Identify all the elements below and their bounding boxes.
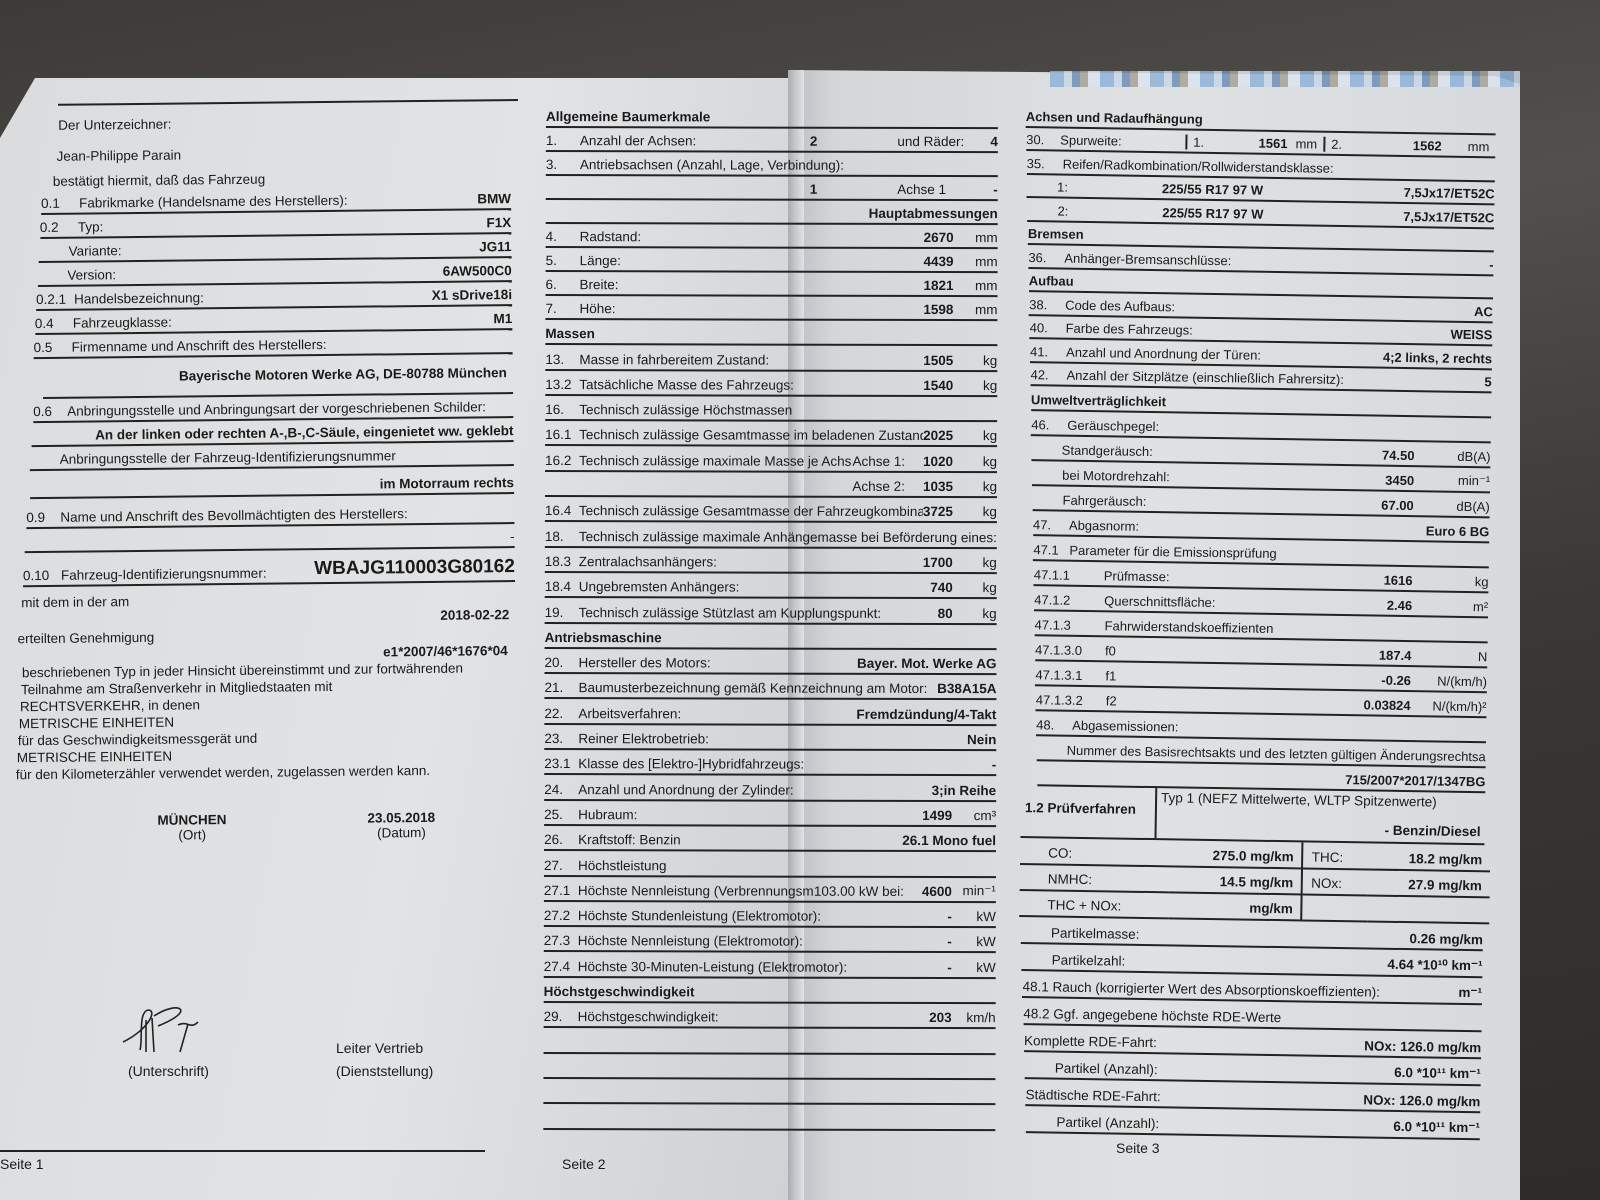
spec-label: Anhänger-Bremsanschlüsse: — [1064, 250, 1489, 272]
spec-label: Anzahl der Sitzplätze (einschließlich Fa… — [1066, 368, 1484, 390]
spec-unit: kg — [959, 504, 997, 519]
spec-value: 80 — [938, 606, 953, 621]
spec-unit: dB(A) — [1420, 498, 1490, 514]
field-label: Variante: — [68, 239, 479, 258]
field-number: 0.2.1 — [36, 292, 74, 307]
spec-unit: kg — [959, 555, 997, 570]
spec-number: 25. — [544, 807, 578, 822]
spec-row: 16.Technisch zulässige Höchstmassen — [545, 396, 997, 422]
test-procedure: 1.2 Prüfverfahren Typ 1 (NEFZ Mittelwert… — [1020, 786, 1485, 845]
spec-value: 3450 — [1385, 473, 1414, 488]
fuel-type: - Benzin/Diesel — [1384, 823, 1480, 840]
spec-unit: kW — [958, 909, 996, 924]
spec-number: 27.3 — [544, 933, 578, 948]
page-3-content: Achsen und Radaufhängung30.Spurweite:1.1… — [1010, 104, 1496, 1140]
pollutant-label: NMHC: — [1020, 864, 1170, 892]
spec-unit: mm — [959, 302, 997, 317]
field-value: M1 — [493, 311, 512, 326]
track-unit: mm — [1295, 136, 1317, 151]
page-number-1: Seite 1 — [0, 1156, 44, 1172]
page-1-content: Der Unterzeichner: Jean-Philippe Parain … — [40, 99, 518, 874]
spec-row: 23.1Klasse des [Elektro-]Hybridfahrzeugs… — [544, 750, 996, 776]
spec-value: 4439 — [924, 254, 954, 269]
rde-label: Partikel (Anzahl): — [1056, 1115, 1393, 1135]
pollutant-label: CO: — [1020, 838, 1170, 866]
spec-number: 47.1.3.2 — [1036, 692, 1106, 708]
field-label: Firmenname und Anschrift des Herstellers… — [71, 335, 512, 355]
spec-value: - — [947, 909, 952, 924]
spec-row: Antriebsmaschine — [545, 624, 997, 650]
field-value: JG11 — [479, 239, 511, 254]
spec-row: 1Achse 1- — [546, 176, 998, 201]
spec-number: 16. — [545, 402, 579, 417]
spec-row: 24.Anzahl und Anordnung der Zylinder:3;i… — [544, 775, 996, 801]
spec-label — [577, 1100, 995, 1101]
spec-label: Baumusterbezeichnung gemäß Kennzeichnung… — [578, 681, 937, 697]
field-label: Fahrzeugklasse: — [73, 311, 494, 330]
spec-value: 26.1 Mono fuel — [902, 833, 996, 848]
spec-label: Spurweite: — [1060, 133, 1185, 150]
spec-value: 1598 — [923, 302, 953, 317]
spec-label: Höchste Nennleistung (Verbrennungsmotor)… — [578, 883, 814, 899]
spec-value: - — [993, 182, 998, 197]
tyre-number: 2: — [1057, 203, 1083, 218]
spec-number: 23.1 — [544, 756, 578, 771]
section-heading: Massen — [545, 326, 997, 342]
field-0-10: 0.10 Fahrzeug-Identifizierungsnummer: WB… — [23, 548, 515, 587]
spec-number: 5. — [546, 253, 580, 268]
spec-value: 1616 — [1384, 573, 1413, 588]
spec-number: 47.1.1 — [1034, 567, 1104, 583]
spec-label: Zentralachsanhängers: — [579, 554, 923, 570]
spec-number: 47. — [1033, 517, 1069, 533]
spec-value: -0.26 — [1381, 673, 1411, 688]
rde-value: NOx: 126.0 mg/km — [1363, 1092, 1480, 1109]
spec-row: 22.Arbeitsverfahren:Fremdzündung/4-Takt — [544, 699, 996, 725]
spec-row: 5.Länge:4439mm — [546, 248, 998, 273]
spec-label — [577, 1126, 995, 1127]
spec-number: 47.1.3 — [1035, 617, 1105, 633]
spec-value: 1035 — [923, 479, 953, 494]
spec-number: 47.1.2 — [1034, 592, 1104, 608]
spec-label: Technisch zulässige maximale Masse je Ac… — [579, 453, 852, 469]
spec-number: 27.1 — [544, 883, 578, 898]
spec-extra: und Räder: — [897, 134, 964, 149]
spec-row: 26.Kraftstoff: Benzin26.1 Mono fuel — [544, 826, 996, 852]
spec-number: 13. — [545, 352, 579, 367]
spec-label: Code des Aufbaus: — [1065, 297, 1474, 318]
spec-value: - — [992, 758, 997, 773]
spec-label: Höchste 30-Minuten-Leistung (Elektromoto… — [578, 959, 948, 975]
spec-value: 74.50 — [1382, 448, 1415, 464]
signature-icon — [118, 1000, 238, 1060]
spec-row: 29.Höchstgeschwindigkeit:203km/h — [544, 1003, 996, 1029]
rde-label: Partikelzahl: — [1052, 953, 1388, 973]
spec-label: Radstand: — [580, 229, 924, 245]
spec-row: 27.1Höchste Nennleistung (Verbrennungsmo… — [544, 877, 996, 903]
spec-value: 5 — [1484, 374, 1491, 389]
spec-unit: N/(km/h) — [1417, 673, 1487, 689]
spec-label: Geräuschpegel: — [1067, 418, 1491, 440]
spec-label: Hubraum: — [578, 807, 922, 823]
field-label: Handelsbezeichnung: — [74, 288, 432, 307]
spec-number: 20. — [545, 655, 579, 670]
spec-number: 41. — [1030, 344, 1066, 360]
spec-number: 23. — [544, 731, 578, 746]
spec-number: 4. — [546, 229, 580, 244]
spec-label: Höhe: — [579, 301, 923, 317]
spec-label — [578, 1050, 996, 1051]
spec-label: Parameter für die Emissionsprüfung — [1069, 543, 1489, 565]
spec-value: 2670 — [924, 230, 954, 245]
spec-label — [580, 196, 810, 197]
section-heading: Aufbau — [1029, 273, 1494, 295]
place: MÜNCHEN (Ort) — [157, 812, 226, 843]
field-value: F1X — [486, 215, 511, 230]
spec-row — [543, 1054, 995, 1080]
spec-row: 21.Baumusterbezeichnung gemäß Kennzeichn… — [544, 674, 996, 700]
spec-number: 40. — [1030, 320, 1066, 336]
page-2-content: Allgemeine Baumerkmale1.Anzahl der Achse… — [543, 104, 998, 1131]
spec-label: Arbeitsverfahren: — [578, 706, 856, 722]
spec-row: 3.Antriebsachsen (Anzahl, Lage, Verbindu… — [546, 152, 998, 177]
pollutant-value: 27.9 mg/km — [1368, 869, 1490, 897]
spec-number: 16.2 — [545, 453, 579, 468]
section-heading: Umweltverträglichkeit — [1031, 392, 1492, 414]
spec-value: 1540 — [923, 378, 953, 393]
rim-size: 7,5Jx17/ET52 — [1263, 183, 1485, 201]
page-3-fields: Achsen und Radaufhängung30.Spurweite:1.1… — [1015, 104, 1496, 793]
spec-label: Hersteller des Motors: — [579, 655, 857, 671]
pollutant-value: 14.5 mg/km — [1169, 866, 1303, 894]
page-number-3: Seite 3 — [1116, 1140, 1160, 1156]
spec-unit: kW — [958, 935, 996, 950]
rde-label: Komplette RDE-Fahrt: — [1024, 1033, 1364, 1053]
manufacturer-address: Bayerische Motoren Werke AG, DE-80788 Mü… — [43, 354, 513, 387]
date-value: 23.05.2018 — [367, 810, 435, 826]
section-heading: Höchstgeschwindigkeit — [544, 984, 996, 1000]
spec-label: Höchste Stundenleistung (Elektromotor): — [578, 908, 948, 924]
spec-value: 2.46 — [1387, 598, 1413, 613]
spec-number: 47.1 — [1033, 542, 1069, 558]
track-value: 1561 — [1212, 135, 1288, 151]
rde-label: 48.1 Rauch (korrigierter Wert des Absorp… — [1022, 979, 1458, 1001]
spec-unit: N — [1417, 648, 1487, 664]
rde-label: Städtische RDE-Fahrt: — [1026, 1087, 1364, 1107]
spec-unit: min⁻¹ — [958, 883, 996, 899]
track-unit: mm — [1468, 139, 1490, 154]
spec-value: 1 — [810, 182, 818, 197]
spec-value: 1821 — [923, 278, 953, 293]
tyre-size: 225/55 R17 97 W — [1083, 203, 1263, 221]
field-label: Typ: — [78, 215, 487, 234]
spec-number: 24. — [544, 782, 578, 797]
spec-label: Querschnittsfläche: — [1104, 593, 1387, 612]
test-procedure-label: 1.2 Prüfverfahren — [1021, 786, 1158, 838]
spec-label: Reiner Elektrobetrieb: — [578, 731, 967, 747]
track-label: 1. — [1193, 135, 1204, 150]
position-title: Leiter Vertrieb — [336, 1040, 423, 1056]
approval-date: 2018-02-22 — [45, 607, 509, 629]
position-caption: (Dienststellung) — [336, 1063, 433, 1079]
pollutant-value: 18.2 mg/km — [1368, 843, 1490, 871]
spec-row: 25.Hubraum:1499cm³ — [544, 801, 996, 827]
spec-label: Abgasemissionen: — [1072, 718, 1486, 740]
spec-label: Antriebsachsen (Anzahl, Lage, Verbindung… — [580, 157, 998, 173]
spec-unit: km/h — [958, 1010, 996, 1025]
spec-row — [544, 1028, 996, 1054]
spec-label: Klasse des [Elektro-]Hybridfahrzeugs: — [578, 756, 992, 772]
spec-number: 47.1.3.0 — [1035, 642, 1105, 658]
vin-value: WBAJG110003G80162 — [314, 556, 515, 580]
spec-unit: cm³ — [958, 808, 996, 823]
spec-value: 740 — [930, 580, 953, 595]
date-caption: (Datum) — [368, 825, 436, 841]
spec-number: 36. — [1028, 250, 1064, 266]
spec-value: 715/2007*2017/1347BG — [1345, 772, 1485, 789]
spec-value: - — [1489, 257, 1494, 272]
spec-row: 23.Reiner Elektrobetrieb:Nein — [544, 725, 996, 751]
spec-number: 13.2 — [545, 377, 579, 392]
spec-label: Masse in fahrbereitem Zustand: — [579, 352, 923, 368]
test-procedure-value: Typ 1 (NEFZ Mittelwerte, WLTP Spitzenwer… — [1161, 790, 1485, 810]
spec-unit: mm — [960, 254, 998, 269]
date: 23.05.2018 (Datum) — [367, 810, 435, 841]
spec-unit: kg — [959, 454, 997, 469]
spec-value: 3;in Reihe — [932, 783, 997, 798]
spec-row: 27.3Höchste Nennleistung (Elektromotor):… — [544, 927, 996, 953]
spec-value: 0.03824 — [1363, 697, 1410, 713]
spec-number: 21. — [544, 680, 578, 695]
spec-row: 16.2Technisch zulässige maximale Masse j… — [545, 446, 997, 472]
spec-label: Prüfmasse: — [1104, 568, 1384, 587]
place-caption: (Ort) — [158, 827, 227, 843]
spec-number: 27.2 — [544, 908, 578, 923]
spec-label: Anzahl der Achsen: — [580, 133, 810, 149]
hologram-strip — [1050, 71, 1520, 87]
spec-row: Hauptabmessungen — [546, 200, 998, 225]
spec-number: 7. — [545, 301, 579, 316]
spec-value: AC — [1474, 304, 1493, 319]
spec-label — [1037, 782, 1345, 787]
spec-extra: 103.00 kW bei: — [814, 884, 904, 899]
spec-number: 22. — [544, 706, 578, 721]
spec-label: Technisch zulässige Gesamtmasse der Fahr… — [579, 503, 923, 519]
spec-row — [543, 1104, 995, 1130]
spec-unit: N/(km/h)² — [1416, 698, 1486, 714]
place-date: MÜNCHEN (Ort) 23.05.2018 (Datum) — [47, 809, 518, 874]
tyre-number: 1: — [1057, 179, 1083, 194]
spec-value: Fremdzündung/4-Takt — [856, 707, 996, 722]
field-number: 0.4 — [35, 316, 73, 331]
spec-row: 16.1Technisch zulässige Gesamtmasse im b… — [545, 421, 997, 447]
rim-size: 7,5Jx17/ET52 — [1263, 206, 1485, 224]
spec-label: Standgeräusch: — [1062, 443, 1382, 463]
spec-label: Höchstgeschwindigkeit: — [578, 1009, 930, 1025]
spec-label: Technisch zulässige Höchstmassen — [579, 402, 997, 418]
identity-fields: 0.1Fabrikmarke (Handelsname des Herstell… — [41, 186, 513, 359]
track-value: 1562 — [1350, 137, 1442, 153]
spec-value: Bayer. Mot. Werke AG — [857, 656, 997, 671]
rde-label: 48.2 Ggf. angegebene höchste RDE-Werte — [1023, 1006, 1482, 1028]
spec-unit: m² — [1418, 598, 1488, 614]
field-value: 6AW500C0 — [443, 263, 512, 279]
spec-row — [543, 1079, 995, 1105]
spec-number: 18.4 — [545, 579, 579, 594]
spec-row: 20.Hersteller des Motors:Bayer. Mot. Wer… — [545, 649, 997, 675]
spec-label: Abgasnorm: — [1069, 518, 1426, 539]
spec-extra: Achse 1 — [897, 182, 946, 197]
spec-label: Farbe des Fahrzeugs: — [1066, 321, 1451, 342]
rde-value: NOx: 126.0 mg/km — [1364, 1038, 1481, 1055]
spec-row: Achse 2:1035kg — [545, 472, 997, 498]
spec-number: 6. — [546, 277, 580, 292]
spec-label: Technisch zulässige maximale Anhängemass… — [579, 529, 997, 545]
spec-label: bei Motordrehzahl: — [1062, 468, 1385, 488]
spec-row: 7.Höhe:1598mm — [545, 296, 997, 321]
spec-unit: kg — [959, 606, 997, 621]
spec-row: 6.Breite:1821mm — [545, 272, 997, 297]
pollutant-value: mg/km — [1168, 892, 1302, 920]
pollutant-value: 275.0 mg/km — [1169, 840, 1303, 868]
track-front: 1.1561mm — [1185, 135, 1325, 152]
spec-label — [577, 1075, 995, 1076]
spec-value: 3725 — [923, 504, 953, 519]
spec-extra: Achse 1: — [852, 454, 905, 469]
spec-value: Nein — [967, 732, 996, 747]
spec-label: Höchstleistung — [578, 858, 996, 874]
spec-label: Höchste Nennleistung (Elektromotor): — [578, 934, 948, 950]
spec-number: 29. — [544, 1009, 578, 1024]
spec-value: - — [947, 934, 952, 949]
spec-row: 19.Technisch zulässige Stützlast am Kupp… — [545, 598, 997, 624]
spec-unit: kg — [959, 580, 997, 595]
spec-label — [579, 493, 852, 494]
spec-value: 2 — [810, 134, 818, 149]
spec-unit: dB(A) — [1420, 448, 1490, 464]
spec-label: Anzahl und Anordnung der Türen: — [1066, 344, 1383, 364]
spec-row: 27.Höchstleistung — [544, 851, 996, 877]
spec-value: 187.4 — [1379, 648, 1412, 664]
spec-row: 18.3Zentralachsanhängers:1700kg — [545, 548, 997, 574]
field-value: BMW — [477, 191, 511, 206]
field-number: 0.1 — [41, 196, 79, 211]
spec-unit: kg — [959, 353, 997, 368]
spec-row: 18.4Ungebremsten Anhängers:740kg — [545, 573, 997, 599]
spec-unit: kg — [1418, 573, 1488, 589]
pollutant-label: THC: — [1302, 842, 1368, 869]
spec-row: Höchstgeschwindigkeit — [544, 978, 996, 1004]
spec-value: 203 — [929, 1010, 952, 1025]
field-label: Version: — [67, 264, 443, 283]
section-heading: Antriebsmaschine — [545, 630, 997, 646]
spec-value: 2025 — [923, 428, 953, 443]
signatory-name: Jean-Philippe Parain — [56, 144, 510, 166]
rde-value: 6.0 *10¹¹ km⁻¹ — [1394, 1065, 1481, 1082]
spec-number: 3. — [546, 157, 580, 172]
spec-row: 13.Masse in fahrbereitem Zustand:1505kg — [545, 345, 997, 371]
track-rear: 2.1562mm — [1325, 137, 1495, 155]
spec-value: 1505 — [923, 353, 953, 368]
spec-number: 18.3 — [545, 554, 579, 569]
spec-row: Massen — [545, 320, 997, 346]
rde-value: 4.64 *10¹⁰ km⁻¹ — [1387, 957, 1482, 974]
emissions-table: CO:275.0 mg/kmTHC:18.2 mg/kmNMHC:14.5 mg… — [1019, 838, 1490, 924]
spec-value: Euro 6 BG — [1426, 523, 1490, 539]
spec-unit: min⁻¹ — [1420, 472, 1490, 489]
rolling-class: C — [1485, 210, 1495, 225]
spec-number: 16.4 — [545, 503, 579, 518]
spec-row: 18.Technisch zulässige maximale Anhängem… — [545, 522, 997, 548]
spec-row: Allgemeine Baumerkmale — [546, 104, 998, 129]
page-3-rde: Partikelmasse:0.26 mg/kmPartikelzahl:4.6… — [1018, 917, 1483, 1140]
spec-number: 16.1 — [545, 427, 579, 442]
spec-label: f0 — [1105, 643, 1379, 662]
place-value: MÜNCHEN — [157, 812, 226, 828]
spec-row: 13.2Tatsächliche Masse des Fahrzeugs:154… — [545, 371, 997, 397]
spec-number: 46. — [1031, 417, 1067, 433]
spec-unit: kg — [959, 378, 997, 393]
pollutant-value — [1368, 895, 1490, 923]
conformity-statement: beschriebenen Typ in jeder Hinsicht über… — [14, 660, 517, 784]
spec-value: 4;2 links, 2 rechts — [1383, 349, 1492, 366]
spec-value: B38A15A — [937, 681, 996, 696]
spec-label: Technisch zulässige Stützlast am Kupplun… — [579, 605, 938, 621]
track-label: 2. — [1331, 137, 1342, 152]
spec-unit: mm — [960, 230, 998, 245]
spec-unit: kg — [959, 479, 997, 494]
intro-line: Der Unterzeichner: — [58, 113, 510, 135]
spec-extra: Achse 2: — [852, 479, 905, 494]
spec-label: Tatsächliche Masse des Fahrzeugs: — [579, 377, 923, 393]
rde-label: Partikel (Anzahl): — [1055, 1061, 1395, 1081]
field-label: Fabrikmarke (Handelsname des Herstellers… — [79, 191, 477, 210]
rde-value: 0.26 mg/km — [1409, 931, 1483, 947]
spec-unit: mm — [960, 278, 998, 293]
section-heading: Hauptabmessungen — [869, 206, 998, 221]
spec-value: 67.00 — [1381, 498, 1414, 514]
spec-label: f1 — [1105, 668, 1381, 687]
spec-number: 19. — [545, 605, 579, 620]
spec-row: 4.Radstand:2670mm — [546, 224, 998, 249]
spec-number: 30. — [1026, 132, 1060, 148]
spec-number: 26. — [544, 832, 578, 847]
spec-label: Nummer des Basisrechtsakts und des letzt… — [1067, 743, 1486, 765]
spec-label: Kraftstoff: Benzin — [578, 832, 902, 848]
section-heading: Achsen und Radaufhängung — [1026, 108, 1496, 130]
field-number: 0.5 — [33, 340, 71, 355]
rde-value: 6.0 *10¹¹ km⁻¹ — [1393, 1119, 1480, 1136]
spec-number: 42. — [1030, 367, 1066, 383]
spec-label: Anzahl und Anordnung der Zylinder: — [578, 782, 932, 798]
spec-value: 1499 — [922, 808, 952, 823]
spec-number: 35. — [1027, 156, 1063, 172]
spec-label: Fahrgeräusch: — [1062, 493, 1381, 513]
spec-label: Reifen/Radkombination/Rollwiderstandskla… — [1063, 156, 1496, 178]
spec-row: 1.Anzahl der Achsen:2und Räder:4 — [546, 128, 998, 153]
spec-row: 16.4Technisch zulässige Gesamtmasse der … — [545, 497, 997, 523]
spec-value: 4 — [990, 134, 998, 149]
spec-value: WEISS — [1450, 327, 1492, 343]
spec-value: 4600 — [922, 884, 952, 899]
pollutant-label: NOx: — [1302, 868, 1368, 895]
spec-row: 27.4Höchste 30-Minuten-Leistung (Elektro… — [544, 952, 996, 978]
spec-label: Technisch zulässige Gesamtmasse im belad… — [579, 428, 923, 444]
spec-number: 38. — [1029, 297, 1065, 313]
spec-label: Fahrwiderstandskoeffizienten — [1104, 618, 1487, 639]
spec-label: f2 — [1106, 693, 1364, 712]
pollutant-label — [1302, 894, 1368, 921]
